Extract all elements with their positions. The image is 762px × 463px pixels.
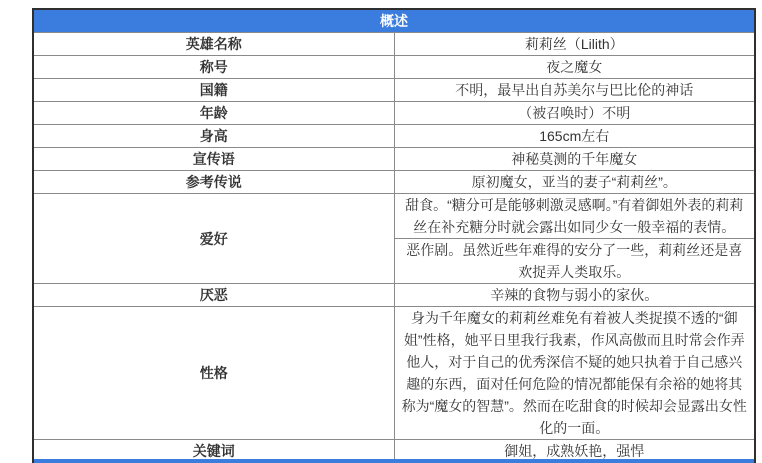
row-label-personality: 性格 xyxy=(33,307,394,440)
table-row: 厌恶 辛辣的食物与弱小的家伙。 xyxy=(33,284,755,307)
section-header-row: 概述 xyxy=(33,9,755,33)
next-section-header-partial xyxy=(32,459,756,463)
table-row: 参考传说 原初魔女，亚当的妻子“莉莉丝”。 xyxy=(33,171,755,194)
row-value-slogan: 神秘莫测的千年魔女 xyxy=(394,148,755,171)
row-label-title: 称号 xyxy=(33,56,394,79)
table-row: 身高 165cm左右 xyxy=(33,125,755,148)
row-label-hobby: 爱好 xyxy=(33,194,394,284)
row-label-dislike: 厌恶 xyxy=(33,284,394,307)
row-label-age: 年龄 xyxy=(33,102,394,125)
row-label-hero-name: 英雄名称 xyxy=(33,33,394,56)
row-label-nationality: 国籍 xyxy=(33,79,394,102)
section-title: 概述 xyxy=(33,9,755,33)
wiki-page: 概述 英雄名称 莉莉丝（Lilith） 称号 夜之魔女 国籍 不明，最早出自苏美… xyxy=(0,0,762,463)
row-value-height: 165cm左右 xyxy=(394,125,755,148)
table-row: 英雄名称 莉莉丝（Lilith） xyxy=(33,33,755,56)
row-value-dislike: 辛辣的食物与弱小的家伙。 xyxy=(394,284,755,307)
row-value-age: （被召唤时）不明 xyxy=(394,102,755,125)
row-value-legend: 原初魔女，亚当的妻子“莉莉丝”。 xyxy=(394,171,755,194)
table-row: 国籍 不明，最早出自苏美尔与巴比伦的神话 xyxy=(33,79,755,102)
row-value-personality: 身为千年魔女的莉莉丝难免有着被人类捉摸不透的“御姐”性格，她平日里我行我素，作风… xyxy=(394,307,755,440)
row-value-nationality: 不明，最早出自苏美尔与巴比伦的神话 xyxy=(394,79,755,102)
row-value-hobby-1: 甜食。“糖分可是能够刺激灵感啊。”有着御姐外表的莉莉丝在补充糖分时就会露出如同少… xyxy=(394,194,755,239)
row-label-height: 身高 xyxy=(33,125,394,148)
row-value-title: 夜之魔女 xyxy=(394,56,755,79)
row-label-legend: 参考传说 xyxy=(33,171,394,194)
table-row: 年龄 （被召唤时）不明 xyxy=(33,102,755,125)
table-row: 爱好 甜食。“糖分可是能够刺激灵感啊。”有着御姐外表的莉莉丝在补充糖分时就会露出… xyxy=(33,194,755,239)
row-value-hobby-2: 恶作剧。虽然近些年难得的安分了一些，莉莉丝还是喜欢捉弄人类取乐。 xyxy=(394,239,755,284)
table-row: 性格 身为千年魔女的莉莉丝难免有着被人类捉摸不透的“御姐”性格，她平日里我行我素… xyxy=(33,307,755,440)
table-row: 称号 夜之魔女 xyxy=(33,56,755,79)
overview-table: 概述 英雄名称 莉莉丝（Lilith） 称号 夜之魔女 国籍 不明，最早出自苏美… xyxy=(32,8,756,463)
table-row: 宣传语 神秘莫测的千年魔女 xyxy=(33,148,755,171)
row-value-hero-name: 莉莉丝（Lilith） xyxy=(394,33,755,56)
row-label-slogan: 宣传语 xyxy=(33,148,394,171)
